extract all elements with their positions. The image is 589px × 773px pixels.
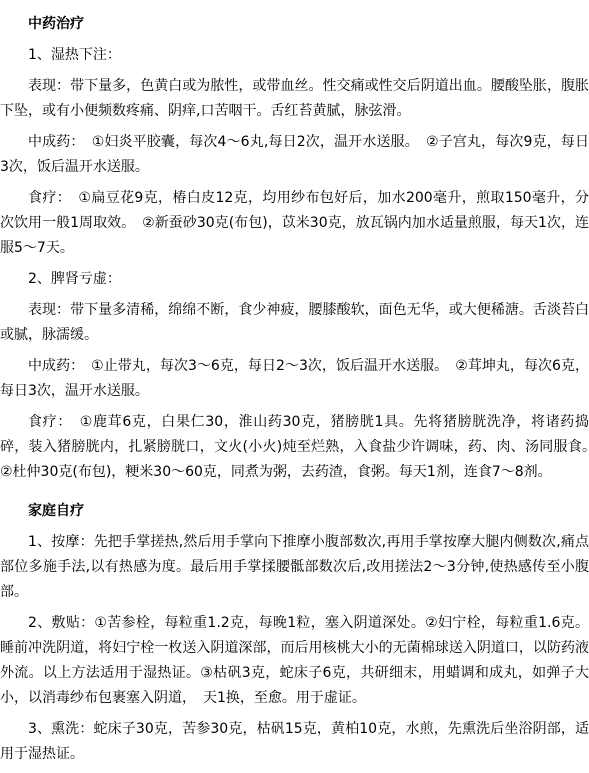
paragraph-futie: 2、敷贴：①苦参栓，每粒重1.2克，每晚1粒，塞入阴道深处。②妇宁栓，每粒重1.… [0,611,589,711]
section-heading-zhongyao-zhiliao: 中药治疗 [0,12,589,37]
paragraph-pishen-zhongchengyao: 中成药： ①止带丸，每次3～6克，每日2～3次，饭后温开水送服。 ②茸坤丸，每次… [0,354,589,404]
paragraph-pishen-shiliao: 食疗： ①鹿茸6克，白果仁30，淮山药30克，猪膀胱1具。先将猪膀胱洗净，将诸药… [0,410,589,485]
paragraph-anmo: 1、按摩：先把手掌搓热,然后用手掌向下推摩小腹部数次,再用手掌按摩大腿内侧数次,… [0,530,589,605]
paragraph-shire-biaoxian: 表现：带下量多，色黄白或为脓性，或带血丝。性交痛或性交后阴道出血。腰酸坠胀，腹胀… [0,74,589,124]
paragraph-pishen-biaoxian: 表现：带下量多清稀，绵绵不断，食少神疲，腰膝酸软，面色无华，或大便稀溏。舌淡苔白… [0,298,589,348]
paragraph-shire-xiazhu-label: 1、湿热下注： [0,43,589,68]
section-heading-jiating-ziliao: 家庭自疗 [0,499,589,524]
paragraph-pishen-kuixu-label: 2、脾肾亏虚： [0,267,589,292]
paragraph-shire-shiliao: 食疗： ①扁豆花9克，椿白皮12克，均用纱布包好后，加水200毫升，煎取150毫… [0,186,589,261]
document-page: 中药治疗 1、湿热下注： 表现：带下量多，色黄白或为脓性，或带血丝。性交痛或性交… [0,0,589,767]
paragraph-xunxi: 3、熏洗：蛇床子30克，苦参30克，枯矾15克，黄柏10克，水煎，先熏洗后坐浴阴… [0,717,589,767]
paragraph-shire-zhongchengyao: 中成药： ①妇炎平胶囊，每次4～6丸,每日2次，温开水送服。 ②子宫丸，每次9克… [0,130,589,180]
